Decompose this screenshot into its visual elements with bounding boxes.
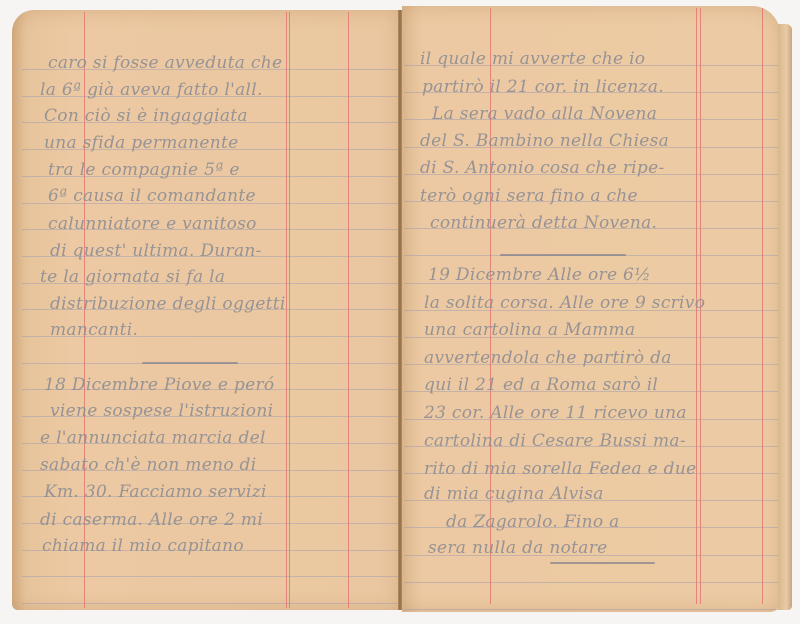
margin-line — [289, 12, 290, 608]
ruled-line — [404, 582, 778, 583]
left-line: Km. 30. Facciamo servizi — [44, 479, 267, 505]
right-line: il quale mi avverte che io — [420, 46, 645, 72]
margin-line — [286, 12, 287, 608]
section-divider — [142, 362, 238, 364]
right-line: avvertendola che partirò da — [424, 345, 672, 371]
right-line: continuerà detta Novena. — [430, 210, 657, 236]
left-line: Con ciò si è ingaggiata — [44, 103, 248, 129]
right-line: di S. Antonio cosa che ripe- — [420, 155, 665, 181]
ruled-line — [22, 603, 398, 604]
right-line: partirò il 21 cor. in licenza. — [422, 74, 664, 100]
right-line: sera nulla da notare — [428, 535, 608, 561]
ruled-line — [22, 576, 398, 577]
left-line: mancanti. — [50, 317, 138, 343]
right-line: da Zagarolo. Fino a — [446, 509, 620, 535]
ruled-line — [404, 609, 778, 610]
left-line: di caserma. Alle ore 2 mi — [40, 507, 263, 533]
left-line: te la giornata si fa la — [40, 264, 225, 290]
margin-line — [348, 12, 349, 608]
right-line: cartolina di Cesare Bussi ma- — [424, 428, 686, 454]
page-stack-edge — [778, 24, 792, 610]
left-line: viene sospese l'istruzioni — [50, 398, 273, 424]
right-line: La sera vado alla Novena — [432, 101, 657, 127]
right-line: terò ogni sera fino a che — [420, 183, 638, 209]
left-line: una sfida permanente — [44, 130, 239, 156]
left-line: chiama il mio capitano — [42, 533, 244, 559]
right-line: del S. Bambino nella Chiesa — [420, 128, 669, 154]
left-line: sabato ch'è non meno di — [40, 452, 256, 478]
left-line: e l'annunciata marcia del — [40, 425, 266, 451]
left-line: di quest' ultima. Duran- — [50, 238, 262, 264]
entry-end-underline — [550, 562, 655, 564]
left-line: distribuzione degli oggetti — [50, 291, 286, 317]
right-entry-heading: 19 Dicembre Alle ore 6½ — [428, 262, 651, 288]
left-line: calunniatore e vanitoso — [48, 211, 257, 237]
left-entry-heading: 18 Dicembre Piove e peró — [44, 372, 274, 398]
right-line: di mia cugina Alvisa — [424, 481, 604, 507]
left-line: tra le compagnie 5ª e — [48, 157, 240, 183]
margin-line — [762, 8, 763, 604]
right-line: la solita corsa. Alle ore 9 scrivo — [424, 290, 705, 316]
right-line: una cartolina a Mamma — [424, 317, 635, 343]
right-line: rito di mia sorella Fedea e due — [424, 456, 696, 482]
section-divider — [500, 254, 626, 256]
right-line: 23 cor. Alle ore 11 ricevo una — [424, 400, 687, 426]
left-line: caro si fosse avveduta che — [48, 50, 282, 76]
left-line: la 6ª già aveva fatto l'all. — [40, 77, 263, 103]
right-line: qui il 21 ed a Roma sarò il — [424, 372, 658, 398]
left-line: 6ª causa il comandante — [48, 183, 256, 209]
